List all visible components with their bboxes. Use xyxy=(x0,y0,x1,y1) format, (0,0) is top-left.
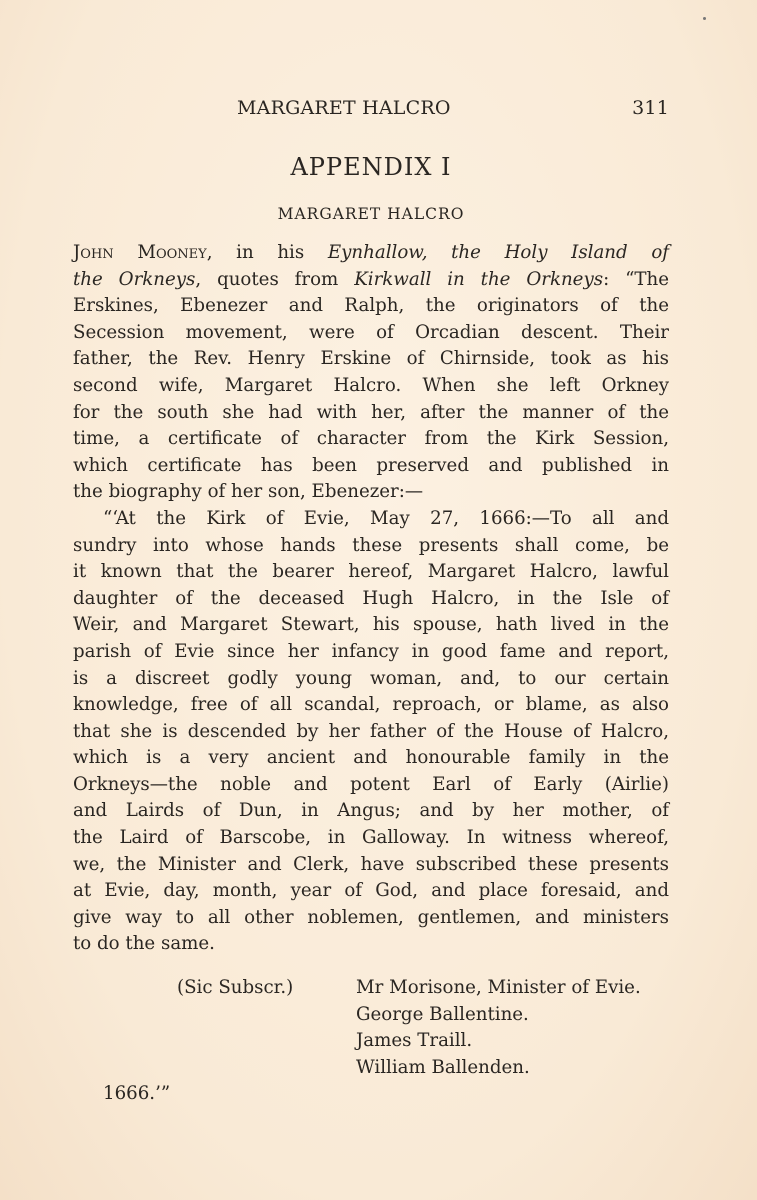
text-line: which is a very ancient and honourable f… xyxy=(73,745,669,772)
text-line: give way to all other noblemen, gentleme… xyxy=(73,905,669,932)
author-name: John Mooney xyxy=(73,242,207,263)
text-line: the biography of her son, Ebenezer:— xyxy=(73,479,669,506)
appendix-title: APPENDIX I xyxy=(73,153,669,181)
signatory-list: Mr Morisone, Minister of Evie. George Ba… xyxy=(356,975,641,1081)
text-line: the Laird of Barscobe, in Galloway. In w… xyxy=(73,825,669,852)
text-line: Erskines, Ebenezer and Ralph, the origin… xyxy=(73,293,669,320)
book-title-eynhallow: Eynhallow, the Holy Island of xyxy=(328,242,669,263)
signatory: Mr Morisone, Minister of Evie. xyxy=(356,975,641,1002)
running-head: MARGARET HALCRO 311 xyxy=(73,97,669,123)
text-fragment: , quotes from xyxy=(195,269,354,290)
text-line: the Orkneys, quotes from Kirkwall in the… xyxy=(73,267,669,294)
sic-subscr-label: (Sic Subscr.) xyxy=(177,975,293,1002)
text-line: is a discreet godly young woman, and, to… xyxy=(73,666,669,693)
book-title-eynhallow-cont: the Orkneys xyxy=(73,269,195,290)
text-line: it known that the bearer hereof, Margare… xyxy=(73,559,669,586)
running-head-title: MARGARET HALCRO xyxy=(237,97,451,119)
text-fragment: , in his xyxy=(207,242,328,263)
text-line: at Evie, day, month, year of God, and pl… xyxy=(73,878,669,905)
text-fragment: : “The xyxy=(603,269,669,290)
text-line: that she is descended by her father of t… xyxy=(73,719,669,746)
text-line: second wife, Margaret Halcro. When she l… xyxy=(73,373,669,400)
text-line: John Mooney, in his Eynhallow, the Holy … xyxy=(73,240,669,267)
text-line: to do the same. xyxy=(73,931,669,958)
page-number: 311 xyxy=(632,97,669,119)
paragraph-intro: John Mooney, in his Eynhallow, the Holy … xyxy=(73,240,669,506)
text-line: which certificate has been preserved and… xyxy=(73,453,669,480)
section-title: MARGARET HALCRO xyxy=(73,205,669,223)
text-line: sundry into whose hands these presents s… xyxy=(73,533,669,560)
text-line: parish of Evie since her infancy in good… xyxy=(73,639,669,666)
text-line: father, the Rev. Henry Erskine of Chirns… xyxy=(73,346,669,373)
body-text: John Mooney, in his Eynhallow, the Holy … xyxy=(73,240,669,958)
paper-speck xyxy=(703,17,706,20)
book-title-kirkwall: Kirkwall in the Orkneys xyxy=(354,269,603,290)
text-line: daughter of the deceased Hugh Halcro, in… xyxy=(73,586,669,613)
text-line: Secession movement, were of Orcadian des… xyxy=(73,320,669,347)
signatory: George Ballentine. xyxy=(356,1002,641,1029)
paragraph-certificate: “‘At the Kirk of Evie, May 27, 1666:—To … xyxy=(73,506,669,958)
text-line: Weir, and Margaret Stewart, his spouse, … xyxy=(73,612,669,639)
text-line: Orkneys—the noble and potent Earl of Ear… xyxy=(73,772,669,799)
text-line: time, a certificate of character from th… xyxy=(73,426,669,453)
signatory: William Ballenden. xyxy=(356,1055,641,1082)
text-line: and Lairds of Dun, in Angus; and by her … xyxy=(73,798,669,825)
closing-year: 1666.’” xyxy=(103,1083,170,1104)
text-line: for the south she had with her, after th… xyxy=(73,400,669,427)
text-line: we, the Minister and Clerk, have subscri… xyxy=(73,852,669,879)
text-line: knowledge, free of all scandal, reproach… xyxy=(73,692,669,719)
signatory: James Traill. xyxy=(356,1028,641,1055)
text-line: “‘At the Kirk of Evie, May 27, 1666:—To … xyxy=(73,506,669,533)
